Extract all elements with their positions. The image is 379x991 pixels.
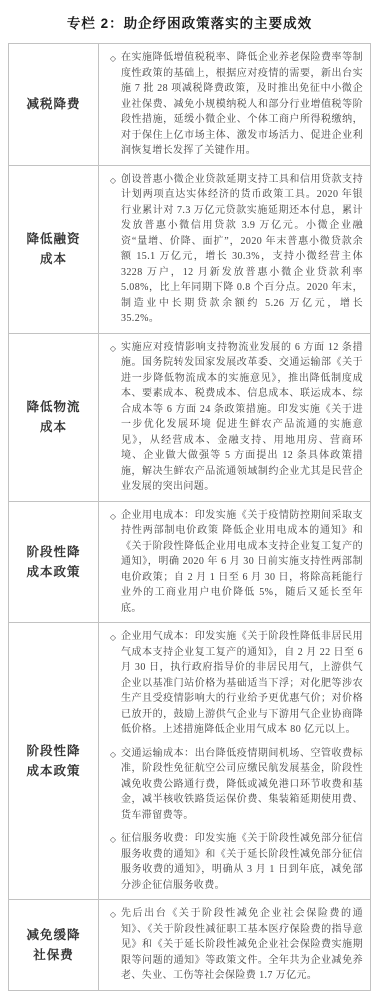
row-label-cell: 降低融资成本	[9, 166, 99, 333]
policy-text: 实施应对疫情影响支持物流业发展的 6 方面 12 条措施。国务院转发国家发展改革…	[121, 340, 363, 495]
row-label-cell: 阶段性降成本政策	[9, 623, 99, 899]
row-label-cell: 阶段性降成本政策	[9, 502, 99, 623]
row-content-cell: ◇ 创设普惠小微企业贷款延期支持工具和信用贷款支持计划两项直达实体经济的货币政策…	[99, 166, 370, 333]
diamond-bullet-icon: ◇	[105, 340, 121, 357]
page-title: 专栏 2：助企纾困政策落实的主要成效	[0, 12, 379, 32]
table-row: 阶段性降成本政策 ◇ 企业用气成本：印发实施《关于阶段性降低非居民用气成本支持企…	[9, 622, 370, 899]
diamond-bullet-icon: ◇	[105, 172, 121, 189]
diamond-bullet-icon: ◇	[105, 746, 121, 763]
policy-item: ◇ 企业用气成本：印发实施《关于阶段性降低非居民用气成本支持企业复工复产的通知》…	[105, 629, 363, 738]
policy-item: ◇ 先后出台《关于阶段性减免企业社会保险费的通知》、《关于阶段性减征职工基本医疗…	[105, 906, 363, 984]
row-content-cell: ◇ 企业用气成本：印发实施《关于阶段性降低非居民用气成本支持企业复工复产的通知》…	[99, 623, 370, 899]
policy-item: ◇ 企业用电成本：印发实施《关于疫情防控期间采取支持性两部制电价政策 降低企业用…	[105, 508, 363, 617]
diamond-bullet-icon: ◇	[105, 629, 121, 646]
policy-text: 企业用气成本：印发实施《关于阶段性降低非居民用气成本支持企业复工复产的通知》，自…	[121, 629, 363, 738]
row-label: 降低物流成本	[25, 397, 83, 437]
policy-text: 创设普惠小微企业贷款延期支持工具和信用贷款支持计划两项直达实体经济的货币政策工具…	[121, 172, 363, 327]
policy-text: 征信服务收费：印发实施《关于阶段性减免部分征信服务收费的通知》和《关于延长阶段性…	[121, 831, 363, 893]
policy-text: 在实施降低增值税税率、降低企业养老保险费率等制度性政策的基础上，根据应对疫情的需…	[121, 50, 363, 159]
policy-text: 企业用电成本：印发实施《关于疫情防控期间采取支持性两部制电价政策 降低企业用电成…	[121, 508, 363, 617]
policy-text: 先后出台《关于阶段性减免企业社会保险费的通知》、《关于阶段性减征职工基本医疗保险…	[121, 906, 363, 984]
policy-item: ◇ 创设普惠小微企业贷款延期支持工具和信用贷款支持计划两项直达实体经济的货币政策…	[105, 172, 363, 327]
row-label-cell: 减免缓降社保费	[9, 900, 99, 990]
table-row: 减免缓降社保费 ◇ 先后出台《关于阶段性减免企业社会保险费的通知》、《关于阶段性…	[9, 899, 370, 990]
row-content-cell: ◇ 实施应对疫情影响支持物流业发展的 6 方面 12 条措施。国务院转发国家发展…	[99, 334, 370, 501]
row-label: 降低融资成本	[25, 229, 83, 269]
row-label-cell: 降低物流成本	[9, 334, 99, 501]
diamond-bullet-icon: ◇	[105, 906, 121, 923]
row-content-cell: ◇ 企业用电成本：印发实施《关于疫情防控期间采取支持性两部制电价政策 降低企业用…	[99, 502, 370, 623]
table-row: 减税降费 ◇ 在实施降低增值税税率、降低企业养老保险费率等制度性政策的基础上，根…	[9, 44, 370, 165]
row-content-cell: ◇ 先后出台《关于阶段性减免企业社会保险费的通知》、《关于阶段性减征职工基本医疗…	[99, 900, 370, 990]
diamond-bullet-icon: ◇	[105, 831, 121, 848]
policy-item: ◇ 交通运输成本：出台降低疫情期间机场、空管收费标准，阶段性免征航空公司应缴民航…	[105, 746, 363, 824]
row-label: 减免缓降社保费	[25, 925, 83, 965]
row-label-cell: 减税降费	[9, 44, 99, 165]
policy-item: ◇ 在实施降低增值税税率、降低企业养老保险费率等制度性政策的基础上，根据应对疫情…	[105, 50, 363, 159]
table-row: 降低融资成本 ◇ 创设普惠小微企业贷款延期支持工具和信用贷款支持计划两项直达实体…	[9, 165, 370, 333]
row-label: 减税降费	[25, 94, 83, 114]
row-content-cell: ◇ 在实施降低增值税税率、降低企业养老保险费率等制度性政策的基础上，根据应对疫情…	[99, 44, 370, 165]
table-row: 降低物流成本 ◇ 实施应对疫情影响支持物流业发展的 6 方面 12 条措施。国务…	[9, 333, 370, 501]
diamond-bullet-icon: ◇	[105, 50, 121, 67]
policy-effects-table: 减税降费 ◇ 在实施降低增值税税率、降低企业养老保险费率等制度性政策的基础上，根…	[8, 43, 371, 991]
table-row: 阶段性降成本政策 ◇ 企业用电成本：印发实施《关于疫情防控期间采取支持性两部制电…	[9, 501, 370, 623]
policy-item: ◇ 征信服务收费：印发实施《关于阶段性减免部分征信服务收费的通知》和《关于延长阶…	[105, 831, 363, 893]
policy-text: 交通运输成本：出台降低疫情期间机场、空管收费标准，阶段性免征航空公司应缴民航发展…	[121, 746, 363, 824]
diamond-bullet-icon: ◇	[105, 508, 121, 525]
row-label: 阶段性降成本政策	[25, 542, 83, 582]
report-page: 专栏 2：助企纾困政策落实的主要成效 减税降费 ◇ 在实施降低增值税税率、降低企…	[0, 0, 379, 991]
row-label: 阶段性降成本政策	[25, 741, 83, 781]
policy-item: ◇ 实施应对疫情影响支持物流业发展的 6 方面 12 条措施。国务院转发国家发展…	[105, 340, 363, 495]
